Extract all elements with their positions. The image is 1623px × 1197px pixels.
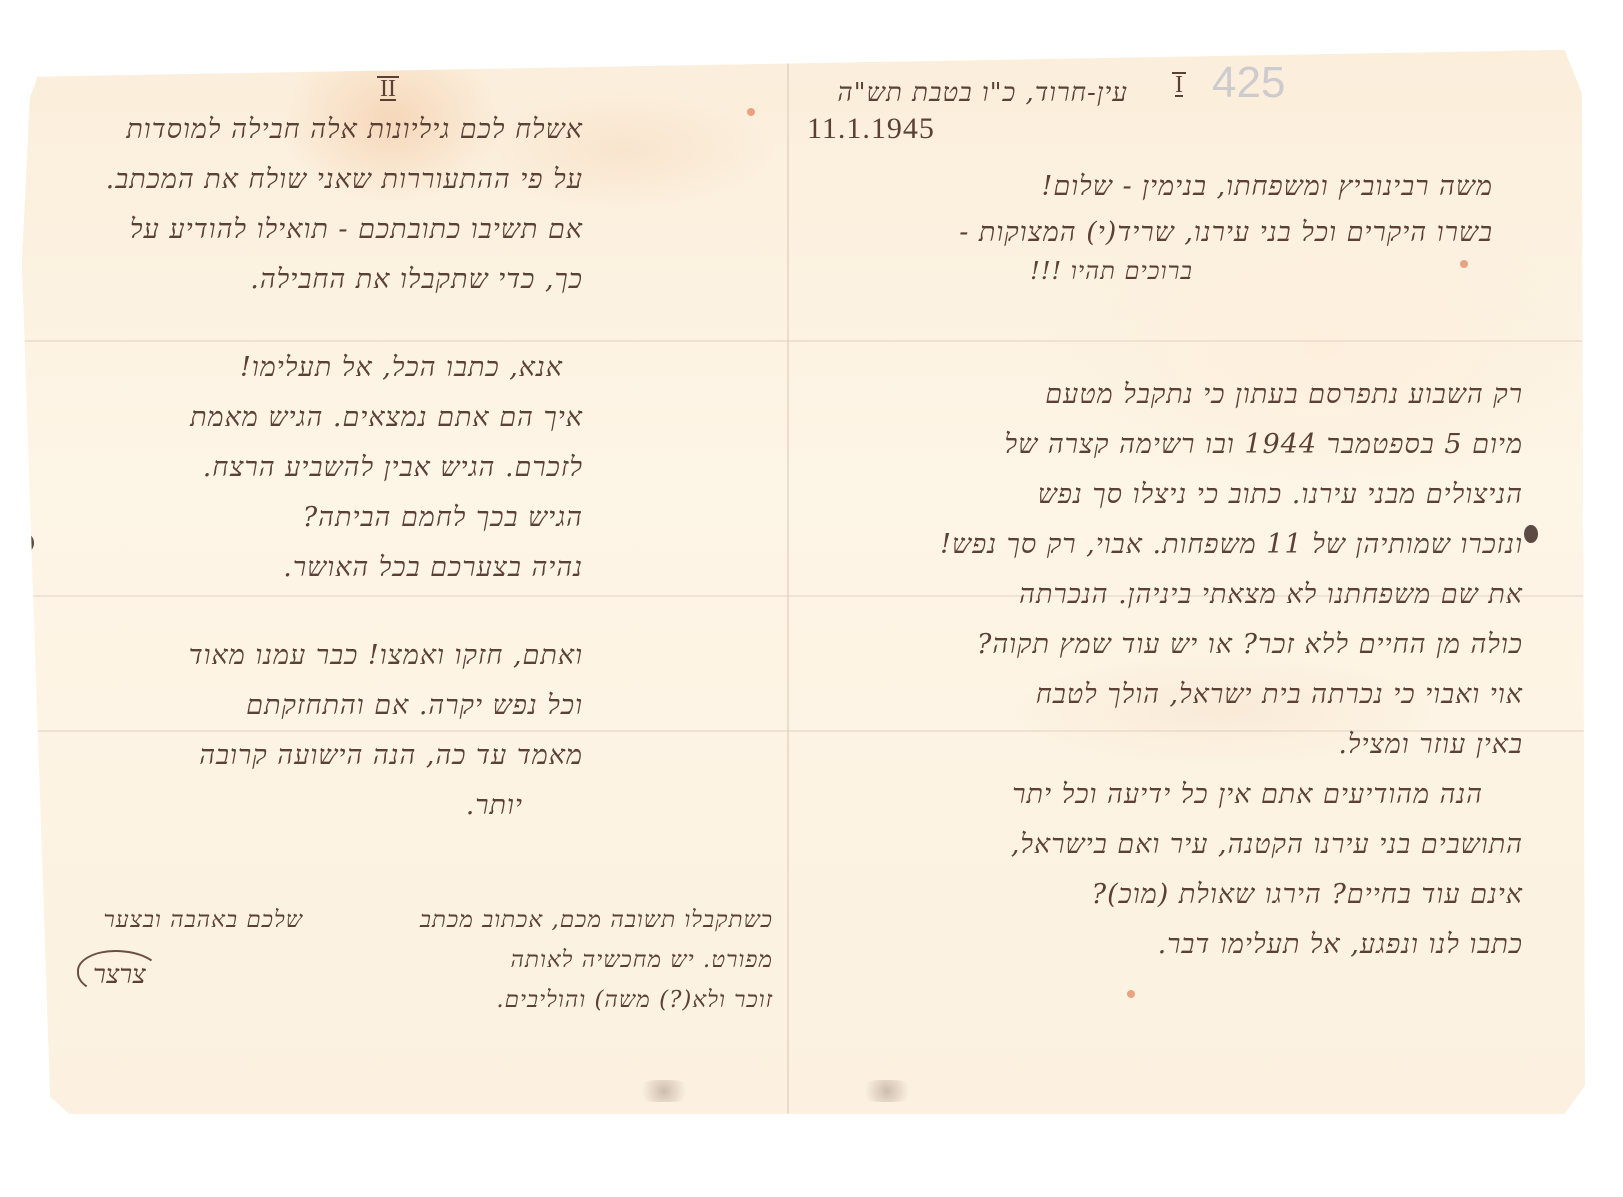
ink-smudge: [634, 1080, 694, 1102]
page-one-greeting: משה רבינוביץ ומשפחתו, בנימין - שלום! בשר…: [813, 162, 1493, 288]
page-two-postscript: כשתקבלו תשובה מכם, אכתוב מכתב מפורט. יש …: [403, 900, 773, 1020]
body-line: איך הם אתם נמצאים. הגיש מאמת: [43, 393, 583, 443]
pencil-annotation: 425: [1212, 58, 1285, 108]
page-two-closing: שלכם באהבה ובצער: [43, 895, 303, 945]
body-line: יותר.: [43, 781, 583, 831]
body-line: כתבו לנו ונפגע, אל תעלימו דבר.: [793, 920, 1523, 970]
body-line: הניצולים מבני עירנו. כתוב כי ניצלו סך נפ…: [793, 470, 1523, 520]
postscript-line: זוכר ולא(?) משה) והוליבים.: [403, 980, 773, 1020]
body-line: התושבים בני עירנו הקטנה, עיר ואם בישראל,: [793, 820, 1523, 870]
body-line: ואתם, חזקו ואמצו! כבר עמנו מאוד: [43, 631, 583, 681]
closing-line: שלכם באהבה ובצער: [43, 895, 303, 945]
letter-sheet: I 425 עין-חרוד, כ"ו בטבת תש"ה 11.1.1945 …: [22, 50, 1588, 1118]
center-fold-line: [787, 50, 789, 1118]
body-line: על פי ההתעוררות שאני שולח את המכתב.: [43, 155, 583, 205]
postscript-line: מפורט. יש מחכשיה לאותה: [403, 940, 773, 980]
punch-hole-left: [20, 534, 34, 552]
ink-stain: [1127, 990, 1135, 998]
punch-hole-right: [1524, 525, 1538, 543]
body-line: מיום 5 בספטמבר 1944 ובו רשימה קצרה של: [793, 420, 1523, 470]
body-line: הנה מהודיעים אתם אין כל ידיעה וכל יתר: [793, 770, 1523, 820]
body-line: לזכרם. הגיש אבין להשביע הרצח.: [43, 443, 583, 493]
body-line: הגיש בכך לחמם הביתה?: [43, 493, 583, 543]
body-line: אינם עוד בחיים? הירגו שאולת (מוכ)?: [793, 870, 1523, 920]
body-line: כולה מן החיים ללא זכר? או יש עוד שמץ תקו…: [793, 620, 1523, 670]
body-line: אשלח לכם גיליונות אלה חבילה למוסדות: [43, 105, 583, 155]
body-line: רק השבוע נתפרסם בעתון כי נתקבל מטעם: [793, 370, 1523, 420]
page-one-header-place-date: עין-חרוד, כ"ו בטבת תש"ה: [708, 68, 1128, 118]
ink-smudge: [857, 1080, 917, 1102]
body-line: אוי ואבוי כי נכרתה בית ישראל, הולך לטבח: [793, 670, 1523, 720]
page-one-marker: I: [1172, 72, 1186, 96]
body-line: אם תשיבו כתובתכם - תואילו להודיע על: [43, 205, 583, 255]
body-line: את שם משפחתנו לא מצאתי ביניהן. הנכרתה: [793, 570, 1523, 620]
body-line: כך, כדי שתקבלו את החבילה.: [43, 255, 583, 305]
body-line: וכל נפש יקרה. אם והתחזקתם: [43, 681, 583, 731]
postscript-line: כשתקבלו תשובה מכם, אכתוב מכתב: [403, 900, 773, 940]
header-place-date: עין-חרוד, כ"ו בטבת תש"ה: [708, 68, 1128, 118]
body-line: נהיה בצערכם בכל האושר.: [43, 543, 583, 593]
header-gregorian-date: 11.1.1945: [807, 112, 935, 146]
greeting-line: בשרו היקרים וכל בני עירנו, שריד(י) המצוק…: [813, 212, 1493, 254]
page-one-body: רק השבוע נתפרסם בעתון כי נתקבל מטעם מיום…: [793, 370, 1523, 970]
body-line: מאמד עד כה, הנה הישועה קרובה: [43, 731, 583, 781]
body-line: אנא, כתבו הכל, אל תעלימו!: [43, 343, 583, 393]
greeting-line: משה רבינוביץ ומשפחתו, בנימין - שלום!: [813, 162, 1493, 212]
page-two-body: אשלח לכם גיליונות אלה חבילה למוסדות על פ…: [43, 105, 583, 831]
body-line: באין עוזר ומציל.: [793, 720, 1523, 770]
signature: צרצר: [77, 950, 162, 996]
greeting-line: ברוכים תהיו !!!: [813, 254, 1493, 288]
page-two-marker: II: [377, 76, 399, 100]
body-line: ונזכרו שמותיהן של 11 משפחות. אבוי, רק סך…: [793, 520, 1523, 570]
